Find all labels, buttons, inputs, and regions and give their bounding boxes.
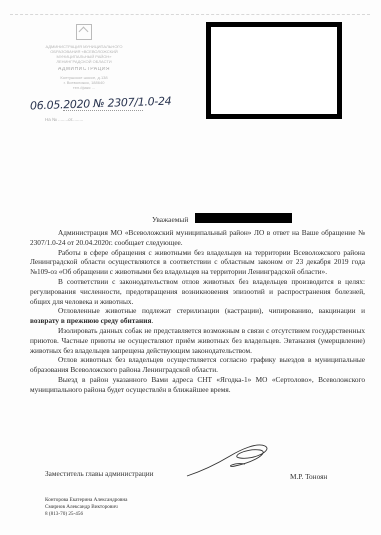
letterhead: АДМИНИСТРАЦИЯ МУНИЦИПАЛЬНОГО ОБРАЗОВАНИЯ…	[44, 24, 124, 90]
paragraph: Администрация МО «Всеволожский муниципал…	[30, 228, 365, 248]
executors-block: Конторова Екатерина Александровна Смирно…	[45, 497, 127, 517]
scan-artifact-line	[10, 14, 370, 16]
signatory-title: Заместитель главы администрации	[45, 469, 154, 478]
coat-of-arms-icon	[76, 24, 92, 40]
letterhead-title: АДМИНИСТРАЦИЯ	[44, 67, 124, 72]
signatory-name: М.Р. Тоноян	[290, 472, 327, 481]
paragraph: Отлов животных без владельцев осуществля…	[30, 355, 365, 375]
letterhead-line: ЛЕНИНГРАДСКОЙ ОБЛАСТИ	[44, 59, 124, 64]
executor-name: Конторова Екатерина Александровна	[45, 497, 127, 504]
paragraph: Изолировать данных собак не представляет…	[30, 326, 365, 355]
paragraph: Отловленные животные подлежат стерилизац…	[30, 306, 365, 326]
executor-name: Смирнов Александр Викторович	[45, 504, 127, 511]
executor-phone: 8 (813-70) 25-456	[45, 511, 127, 518]
salutation: Уважаемый	[152, 215, 188, 224]
paragraph-bold-text: возврату в прежнюю среду обитания	[30, 316, 151, 325]
letter-body: Администрация МО «Всеволожский муниципал…	[30, 228, 365, 395]
paragraph-text: Отловленные животные подлежат стерилизац…	[58, 306, 365, 315]
redacted-addressee-box	[206, 22, 342, 119]
paragraph: Выезд в район указанного Вами адреса СНТ…	[30, 375, 365, 395]
letterhead-address: тел./факс ...	[44, 85, 124, 90]
paragraph-text: .	[151, 316, 153, 325]
signature-icon	[185, 440, 280, 480]
paragraph: Работы в сфере обращения с животными без…	[30, 248, 365, 277]
scanned-letter-page: АДМИНИСТРАЦИЯ МУНИЦИПАЛЬНОГО ОБРАЗОВАНИЯ…	[0, 0, 381, 535]
paragraph: В соответствии с законодательством отлов…	[30, 277, 365, 306]
registration-underline	[63, 110, 143, 111]
redacted-name-bar	[195, 213, 292, 223]
reference-number-line: На № ........от.........	[45, 117, 83, 122]
